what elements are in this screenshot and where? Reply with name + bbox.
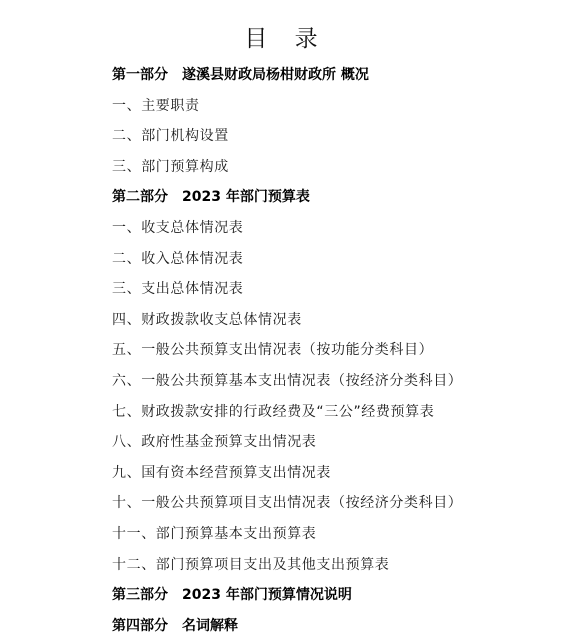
toc-item: 三、支出总体情况表 [112, 274, 552, 305]
toc-item: 一、收支总体情况表 [112, 213, 552, 244]
part-number: 第三部分 [112, 580, 168, 610]
part-number: 第四部分 [112, 611, 168, 640]
toc-part-3: 第三部分2023 年部门预算情况说明 [112, 580, 552, 611]
document-page: 目 录 第一部分遂溪县财政局杨柑财政所 概况 一、主要职责 二、部门机构设置 三… [0, 0, 572, 640]
toc-item: 八、政府性基金预算支出情况表 [112, 427, 552, 458]
part-number: 第一部分 [112, 60, 168, 90]
part-title: 名词解释 [182, 618, 238, 634]
part-number: 第二部分 [112, 182, 168, 212]
toc-item: 七、财政拨款安排的行政经费及“三公”经费预算表 [112, 397, 552, 428]
part-title: 2023 年部门预算表 [182, 189, 310, 205]
toc-item: 二、部门机构设置 [112, 121, 552, 152]
page-title: 目 录 [0, 24, 572, 54]
toc-item: 六、一般公共预算基本支出情况表（按经济分类科目） [112, 366, 552, 397]
toc-item: 一、主要职责 [112, 91, 552, 122]
toc-item: 五、一般公共预算支出情况表（按功能分类科目） [112, 335, 552, 366]
toc-item: 十二、部门预算项目支出及其他支出预算表 [112, 550, 552, 581]
table-of-contents: 第一部分遂溪县财政局杨柑财政所 概况 一、主要职责 二、部门机构设置 三、部门预… [112, 60, 552, 640]
toc-part-1: 第一部分遂溪县财政局杨柑财政所 概况 [112, 60, 552, 91]
part-title: 2023 年部门预算情况说明 [182, 587, 352, 603]
toc-part-4: 第四部分名词解释 [112, 611, 552, 640]
toc-item: 三、部门预算构成 [112, 152, 552, 183]
toc-item: 十、一般公共预算项目支出情况表（按经济分类科目） [112, 488, 552, 519]
toc-item: 二、收入总体情况表 [112, 244, 552, 275]
toc-item: 十一、部门预算基本支出预算表 [112, 519, 552, 550]
toc-part-2: 第二部分2023 年部门预算表 [112, 182, 552, 213]
toc-item: 九、国有资本经营预算支出情况表 [112, 458, 552, 489]
toc-item: 四、财政拨款收支总体情况表 [112, 305, 552, 336]
part-title: 遂溪县财政局杨柑财政所 概况 [182, 67, 369, 83]
